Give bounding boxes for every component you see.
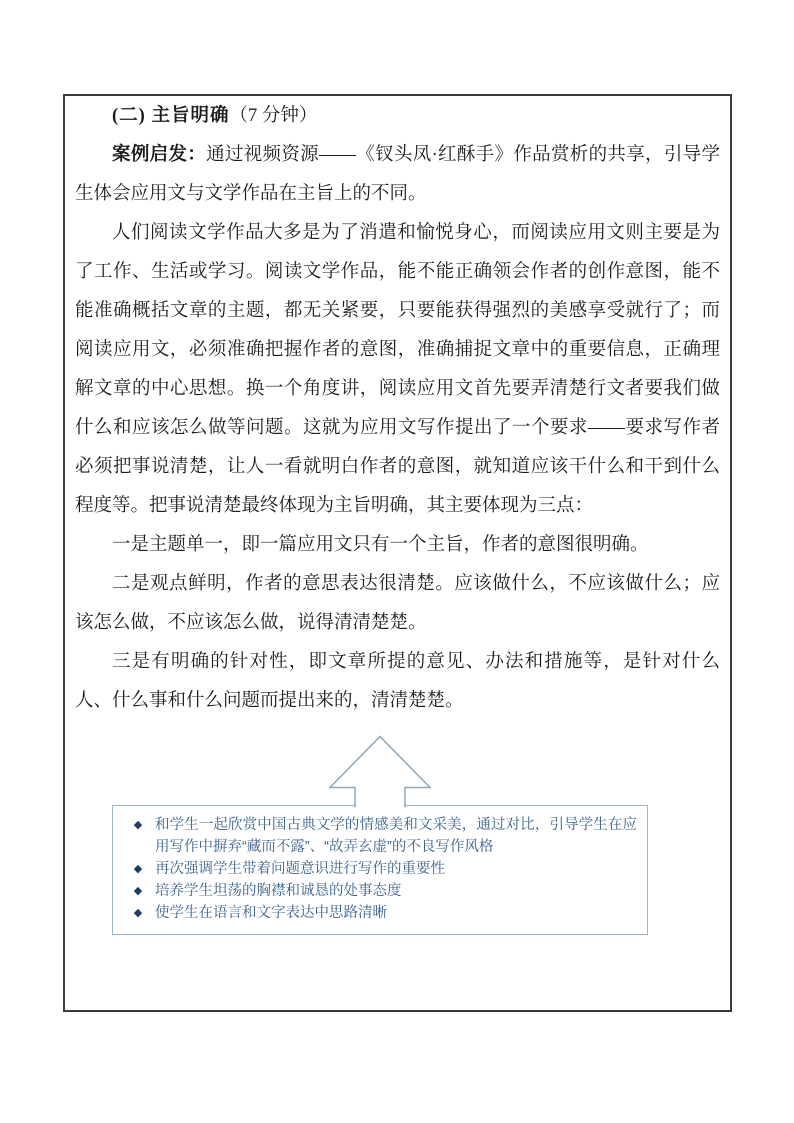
paragraph-point-two: 二是观点鲜明，作者的意思表达很清楚。应该做什么，不应该做什么；应该怎么做，不应该…: [75, 565, 720, 643]
list-item: ◆ 和学生一起欣赏中国古典文学的情感美和文采美，通过对比，引导学生在应用写作中摒…: [121, 814, 637, 858]
section-title-text: (二) 主旨明确: [112, 106, 229, 126]
content-cell: (二) 主旨明确（7 分钟） 案例启发：通过视频资源——《钗头凤·红酥手》作品赏…: [63, 94, 732, 1012]
up-arrow-shape: [328, 735, 432, 807]
list-item: ◆ 培养学生坦荡的胸襟和诚恳的处事态度: [121, 880, 637, 902]
paragraph-point-three: 三是有明确的针对性，即文章所提的意见、办法和措施等，是针对什么人、什么事和什么问…: [75, 643, 720, 721]
paragraph-reading-purpose: 人们阅读文学作品大多是为了消遣和愉悦身心，而阅读应用文则主要是为了工作、生活或学…: [75, 214, 720, 526]
paragraph-lead-label: 案例启发：: [112, 145, 206, 165]
paragraph-point-one: 一是主题单一，即一篇应用文只有一个主旨，作者的意图很明确。: [75, 526, 720, 565]
callout-box: ◆ 和学生一起欣赏中国古典文学的情感美和文采美，通过对比，引导学生在应用写作中摒…: [112, 805, 648, 935]
bullet-text: 培养学生坦荡的胸襟和诚恳的处事态度: [155, 880, 637, 902]
paragraph-case-inspiration: 案例启发：通过视频资源——《钗头凤·红酥手》作品赏析的共享，引导学生体会应用文与…: [75, 136, 720, 214]
bullet-text: 和学生一起欣赏中国古典文学的情感美和文采美，通过对比，引导学生在应用写作中摒弃“…: [155, 814, 637, 858]
bullet-text: 再次强调学生带着问题意识进行写作的重要性: [155, 858, 637, 880]
list-item: ◆ 再次强调学生带着问题意识进行写作的重要性: [121, 858, 637, 880]
diamond-bullet-icon: ◆: [121, 814, 155, 836]
document-page: { "document": { "section": { "title_bold…: [0, 0, 794, 1123]
bullet-list: ◆ 和学生一起欣赏中国古典文学的情感美和文采美，通过对比，引导学生在应用写作中摒…: [121, 814, 637, 924]
list-item: ◆ 使学生在语言和文字表达中思路清晰: [121, 902, 637, 924]
diamond-bullet-icon: ◆: [121, 902, 155, 924]
diamond-bullet-icon: ◆: [121, 858, 155, 880]
bullet-text: 使学生在语言和文字表达中思路清晰: [155, 902, 637, 924]
section-title-duration: （7 分钟）: [229, 106, 317, 126]
diamond-bullet-icon: ◆: [121, 880, 155, 902]
section-title: (二) 主旨明确（7 分钟）: [75, 97, 720, 136]
